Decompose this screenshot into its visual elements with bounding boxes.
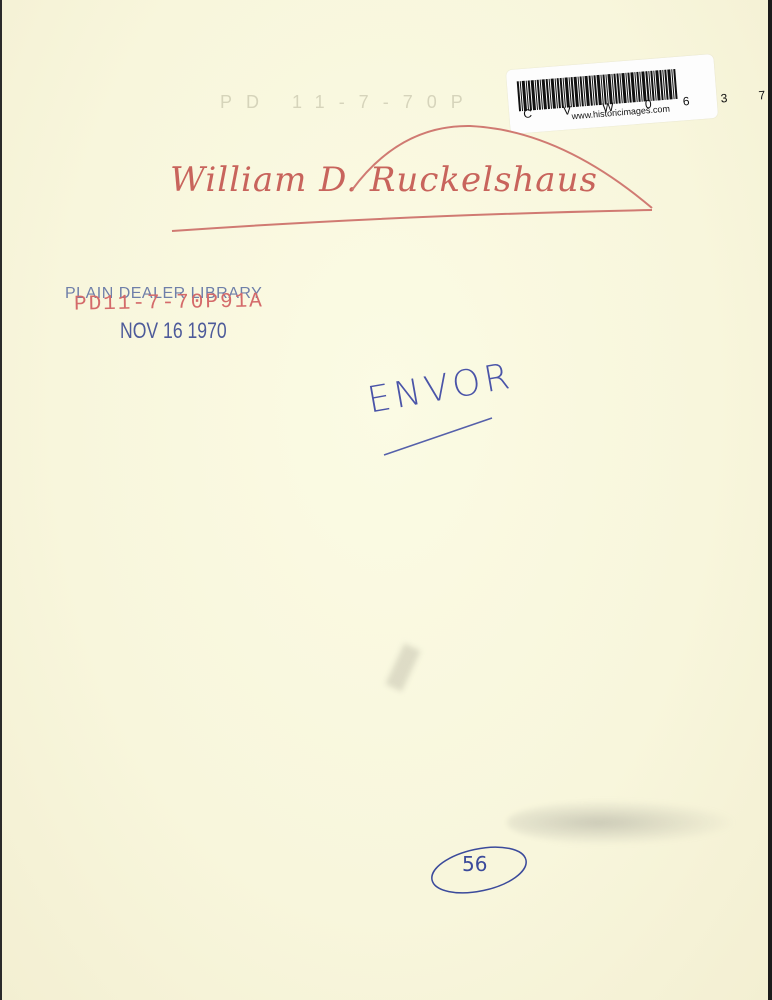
smudge-mark (507, 800, 737, 845)
circled-number: 56 (462, 852, 487, 876)
photo-back-page: PD 11-7-70P C V W 0 6 3 7 6 www.historic… (2, 0, 768, 1000)
archive-code-stamp: PD11-7-70P91A (74, 290, 264, 316)
signature: William D. Ruckelshaus (170, 160, 598, 200)
faint-pencil-note: PD 11-7-70P (220, 92, 477, 113)
category-handwriting: ENVOR (365, 356, 517, 422)
pencil-smudge (385, 643, 420, 691)
barcode-label: C V W 0 6 3 7 6 www.historicimages.com (506, 54, 718, 134)
date-stamp: NOV 16 1970 (120, 318, 227, 344)
scan-edge (768, 0, 772, 1000)
